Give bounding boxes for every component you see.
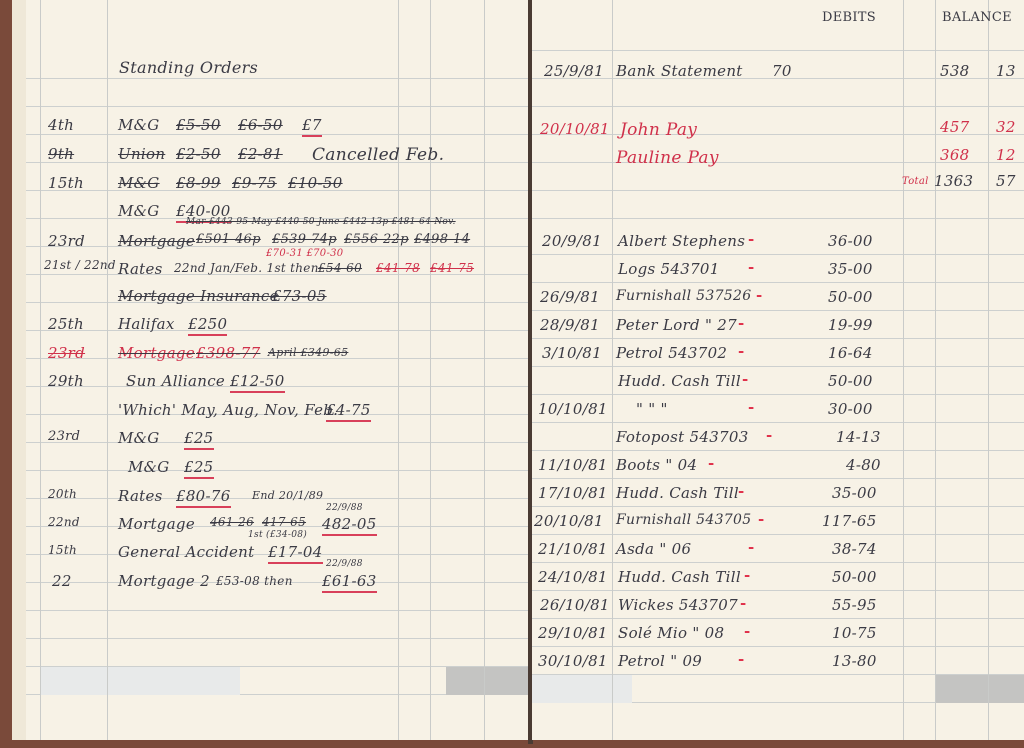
amount: 30-00 bbox=[828, 400, 873, 418]
amount: 4-80 bbox=[846, 456, 881, 474]
balance-pence: 32 bbox=[996, 118, 1016, 136]
day: 29th bbox=[48, 372, 84, 390]
payee: Mortgage 2 bbox=[118, 572, 210, 590]
date: 30/10/81 bbox=[538, 652, 608, 670]
amount: 19-99 bbox=[828, 316, 873, 334]
total-pence: 57 bbox=[996, 172, 1016, 190]
amount: 35-00 bbox=[828, 260, 873, 278]
current-amount: £12-50 bbox=[230, 372, 285, 393]
day: 9th bbox=[48, 145, 74, 163]
right-page: DEBITS BALANCE 25/9/81 Bank Statement 70… bbox=[532, 0, 1024, 740]
balance-pounds: 457 bbox=[940, 118, 970, 136]
date: 3/10/81 bbox=[542, 344, 602, 362]
date: 21/10/81 bbox=[538, 540, 608, 558]
struck-amount: 461-26 bbox=[210, 515, 254, 529]
struck-amount: £2-50 bbox=[176, 145, 221, 163]
date: 11/10/81 bbox=[538, 456, 608, 474]
amount: 50-00 bbox=[828, 372, 873, 390]
date: 20/10/81 bbox=[540, 120, 610, 138]
day: 15th bbox=[48, 174, 84, 192]
struck-amount: £398-77 bbox=[196, 344, 260, 362]
note: April £349-65 bbox=[268, 346, 348, 359]
amount: 50-00 bbox=[832, 568, 877, 586]
date: 24/10/81 bbox=[538, 568, 608, 586]
payee: Rates bbox=[118, 260, 163, 278]
day: 20th bbox=[48, 487, 77, 501]
dash-mark: - bbox=[738, 482, 745, 500]
current-amount: £250 bbox=[188, 315, 227, 336]
day: 23rd bbox=[48, 232, 85, 250]
current-amount: £25 bbox=[184, 458, 214, 479]
date: 17/10/81 bbox=[538, 484, 608, 502]
dash-mark: - bbox=[748, 538, 755, 556]
date: 28/9/81 bbox=[540, 316, 600, 334]
current-amount: £61-63 bbox=[322, 572, 377, 593]
description: Wickes 543707 bbox=[618, 596, 738, 614]
below-note: 1st (£34-08) bbox=[248, 530, 307, 540]
amount: 36-00 bbox=[828, 232, 873, 250]
note: £53-08 then bbox=[216, 574, 293, 588]
date: 20/10/81 bbox=[534, 512, 604, 530]
day: 15th bbox=[48, 543, 77, 557]
current-amount: £17-04 bbox=[268, 543, 323, 564]
dash-mark: - bbox=[766, 426, 773, 444]
amount: 38-74 bbox=[832, 540, 877, 558]
description: Albert Stephens bbox=[618, 232, 745, 250]
amount: 117-65 bbox=[822, 512, 877, 530]
amount: 14-13 bbox=[836, 428, 881, 446]
amount: 35-00 bbox=[832, 484, 877, 502]
amount: 55-95 bbox=[832, 596, 877, 614]
description: Hudd. Cash Till bbox=[616, 484, 739, 502]
struck-amount: £498-14 bbox=[414, 232, 470, 247]
description: Boots " 04 bbox=[616, 456, 697, 474]
struck-amount: 417-65 bbox=[262, 515, 306, 529]
date: 26/10/81 bbox=[540, 596, 610, 614]
payee-name: John Pay bbox=[620, 120, 697, 140]
description: Logs 543701 bbox=[618, 260, 720, 278]
struck-amount: £73-05 bbox=[272, 287, 327, 305]
dash-mark: - bbox=[742, 370, 749, 388]
description: Asda " 06 bbox=[616, 540, 691, 558]
payee: M&G bbox=[118, 429, 160, 447]
amount: 10-75 bbox=[832, 624, 877, 642]
payee: M&G bbox=[118, 116, 160, 134]
above-note: 22/9/88 bbox=[326, 559, 363, 569]
day: 25th bbox=[48, 315, 84, 333]
struck-amount: £2-81 bbox=[238, 145, 283, 163]
above-note: £70-31 £70-30 bbox=[266, 248, 343, 259]
description: Hudd. Cash Till bbox=[618, 372, 741, 390]
payee: Mortgage bbox=[118, 344, 195, 362]
description: Furnishall 537526 bbox=[616, 288, 751, 304]
dash-mark: - bbox=[740, 594, 747, 612]
struck-amount: £9-75 bbox=[232, 174, 277, 192]
day: 22nd bbox=[48, 515, 80, 529]
left-page: Standing Orders 4th M&G £5-50 £6-50 £7 9… bbox=[12, 0, 544, 740]
struck-amount: £5-50 bbox=[176, 116, 221, 134]
amount: 50-00 bbox=[828, 288, 873, 306]
payee-name: Pauline Pay bbox=[616, 148, 719, 168]
reference: 70 bbox=[772, 62, 792, 80]
payee: M&G bbox=[128, 458, 170, 476]
amount: 16-64 bbox=[828, 344, 873, 362]
dash-mark: - bbox=[748, 258, 755, 276]
payee: Sun Alliance bbox=[126, 372, 225, 390]
date: 10/10/81 bbox=[538, 400, 608, 418]
dash-mark: - bbox=[758, 510, 765, 528]
note: End 20/1/89 bbox=[252, 489, 323, 502]
date: 29/10/81 bbox=[538, 624, 608, 642]
dash-mark: - bbox=[738, 314, 745, 332]
debits-header: DEBITS bbox=[822, 10, 876, 25]
dash-mark: - bbox=[744, 566, 751, 584]
day: 23rd bbox=[48, 429, 80, 444]
dash-mark: - bbox=[744, 622, 751, 640]
balance-header: BALANCE bbox=[942, 10, 1012, 25]
description: Bank Statement bbox=[616, 62, 743, 80]
dash-mark: - bbox=[738, 650, 745, 668]
dash-mark: - bbox=[748, 398, 755, 416]
day: 22 bbox=[52, 572, 72, 590]
dash-mark: - bbox=[738, 342, 745, 360]
payee: Union bbox=[118, 145, 165, 163]
dash-mark: - bbox=[748, 230, 755, 248]
struck-amount: £539-74p bbox=[272, 232, 337, 247]
balance-pence: 12 bbox=[996, 146, 1016, 164]
balance-pounds: 368 bbox=[940, 146, 970, 164]
payee: M&G bbox=[118, 202, 160, 220]
struck-amount: £501-46p bbox=[196, 232, 261, 247]
day: 23rd bbox=[48, 344, 85, 362]
payee: Mortgage Insurance bbox=[118, 287, 279, 305]
description: Petrol " 09 bbox=[618, 652, 702, 670]
payee: Mortgage bbox=[118, 232, 195, 250]
day: 21st / 22nd bbox=[44, 258, 116, 272]
total-label: Total bbox=[902, 176, 929, 187]
total-pounds: 1363 bbox=[934, 172, 973, 190]
above-note: Mar £443-95 May £440-50 June £442-13p £4… bbox=[186, 217, 456, 227]
payee: Halifax bbox=[118, 315, 175, 333]
amount: 13-80 bbox=[832, 652, 877, 670]
day: 4th bbox=[48, 116, 74, 134]
payee: M&G bbox=[118, 174, 160, 192]
description: Peter Lord " 27 bbox=[616, 316, 737, 334]
struck-amount: £8-99 bbox=[176, 174, 221, 192]
page-title: Standing Orders bbox=[119, 58, 258, 77]
payee: Mortgage bbox=[118, 515, 195, 533]
description: Fotopost 543703 bbox=[616, 428, 749, 446]
current-amount: £80-76 bbox=[176, 487, 231, 508]
description: Hudd. Cash Till bbox=[618, 568, 741, 586]
description: Solé Mio " 08 bbox=[618, 624, 724, 642]
struck-amount: £41-75 bbox=[430, 261, 474, 275]
payee: 'Which' May, Aug, Nov, Feb. bbox=[118, 401, 338, 419]
description: Furnishall 543705 bbox=[616, 512, 751, 528]
note: Cancelled Feb. bbox=[312, 145, 444, 165]
payee: Rates bbox=[118, 487, 163, 505]
struck-amount: £556-22p bbox=[344, 232, 409, 247]
struck-amount: £6-50 bbox=[238, 116, 283, 134]
struck-amount: £41-78 bbox=[376, 261, 420, 275]
current-amount: £4-75 bbox=[326, 401, 371, 422]
description: " " " bbox=[636, 400, 668, 418]
note: 22nd Jan/Feb. 1st then bbox=[174, 261, 319, 275]
date: 25/9/81 bbox=[544, 62, 604, 80]
date: 26/9/81 bbox=[540, 288, 600, 306]
dash-mark: - bbox=[756, 286, 763, 304]
above-note: 22/9/88 bbox=[326, 503, 363, 513]
date: 20/9/81 bbox=[542, 232, 602, 250]
balance-pounds: 538 bbox=[940, 62, 970, 80]
struck-amount: £10-50 bbox=[288, 174, 343, 192]
balance-pence: 13 bbox=[996, 62, 1016, 80]
current-amount: £25 bbox=[184, 429, 214, 450]
description: Petrol 543702 bbox=[616, 344, 727, 362]
dash-mark: - bbox=[708, 454, 715, 472]
payee: General Accident bbox=[118, 543, 254, 561]
current-amount: 482-05 bbox=[322, 515, 377, 536]
current-amount: £7 bbox=[302, 116, 322, 137]
struck-amount: £54-60 bbox=[318, 261, 362, 275]
